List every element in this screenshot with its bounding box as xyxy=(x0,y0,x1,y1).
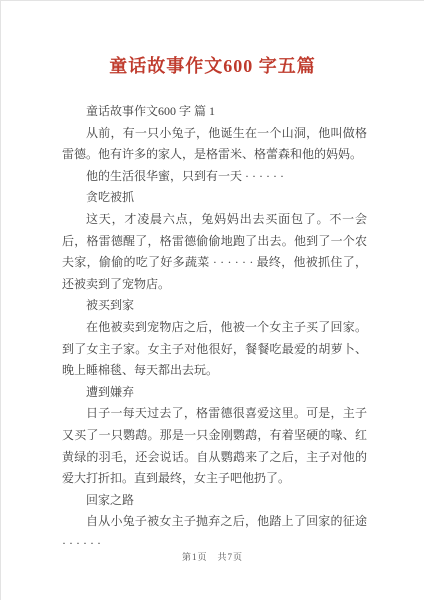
essay-paragraph: 自从小兔子被女主子抛弃之后，他踏上了回家的征途 · · · · · · xyxy=(62,511,367,554)
essay-paragraph: 他的生活很华蜜，只到有一天 · · · · · · xyxy=(62,166,367,188)
total-pages-label: 共7页 xyxy=(218,552,244,562)
page-title: 童话故事作文600 字五篇 xyxy=(1,1,424,79)
section-heading: 遭到嫌弃 xyxy=(62,382,367,404)
essay-paragraph: 这天，才凌晨六点，兔妈妈出去买面包了。不一会后，格雷德醒了，格雷德偷偷地跑了出去… xyxy=(62,209,367,295)
essay-paragraph: 在他被卖到宠物店之后，他被一个女主子买了回家。到了女主子家。女主子对他很好，餐餐… xyxy=(62,317,367,382)
section-heading: 被买到家 xyxy=(62,295,367,317)
section-heading: 回家之路 xyxy=(62,490,367,512)
essay-subtitle: 童话故事作文600 字 篇 1 xyxy=(62,101,367,123)
section-heading: 贪吃被抓 xyxy=(62,187,367,209)
essay-paragraph: 日子一每天过去了，格雷德很喜爱这里。可是，主子又买了一只鹦鹉。那是一只金刚鹦鹉，… xyxy=(62,403,367,489)
page-number-label: 第1页 xyxy=(182,552,208,562)
document-body: 童话故事作文600 字 篇 1 从前，有一只小兔子，他诞生在一个山洞，他叫做格雷… xyxy=(1,79,424,554)
essay-paragraph: 从前，有一只小兔子，他诞生在一个山洞，他叫做格雷德。他有许多的家人，是格雷米、格… xyxy=(62,123,367,166)
document-page: 童话故事作文600 字五篇 童话故事作文600 字 篇 1 从前，有一只小兔子，… xyxy=(0,0,424,600)
page-footer: 第1页共7页 xyxy=(1,550,424,563)
